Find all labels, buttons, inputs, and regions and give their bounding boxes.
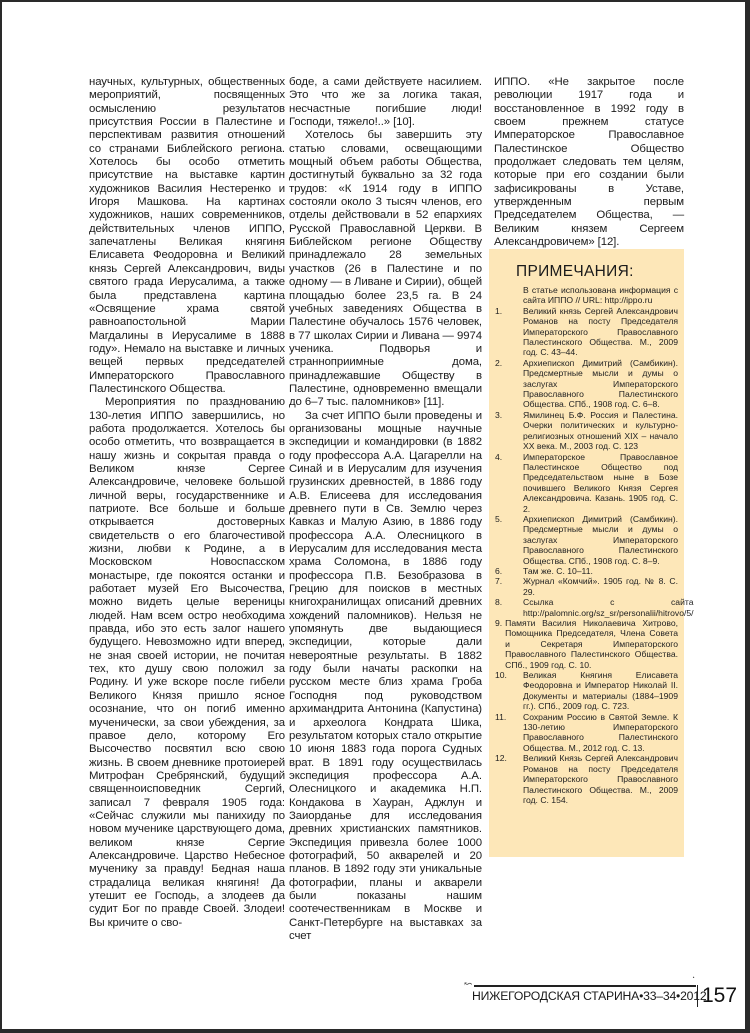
note-text[interactable]: Ссылка с сайта http://palomnic.org/sz_sr… [523,597,694,618]
note-item: 1.Великий князь Сергей Александрович Ром… [495,306,678,358]
paragraph: научных, культурных, общественных меропр… [89,76,285,396]
note-item: 9.Памяти Василия Николаевича Хитрово, По… [495,618,678,670]
note-text: Великий князь Сергей Александрович Роман… [523,306,678,358]
note-number: 10. [495,670,523,712]
paragraph: ИППО. «Не закрытое после революции 1917 … [494,76,684,249]
note-text: Архиепископ Димитрий (Самбикин). Предсме… [523,514,678,566]
note-number: 4. [495,452,523,514]
journal-name: НИЖЕГОРОДСКАЯ СТАРИНА•33–34•2012 [472,989,706,1003]
notes-intro: В статье использована информация с сайта… [523,285,678,306]
note-item: 6.Там же. С. 10–11. [495,566,678,576]
text-column-3: ИППО. «Не закрытое после революции 1917 … [494,76,684,249]
note-number: 1. [495,306,523,358]
note-item: 2.Архиепископ Димитрий (Самбикин). Предс… [495,358,678,410]
paragraph: Мероприятия по празднованию 130-летия ИП… [89,396,285,930]
note-item: 4.Императорское Православное Палестинско… [495,452,678,514]
note-number: 12. [495,753,523,805]
footer-divider [697,985,698,1007]
note-number: 9. [495,618,502,670]
note-number: 2. [495,358,523,410]
note-text: Великая Княгиня Елисавета Феодоровна и И… [523,670,678,712]
magazine-page: научных, культурных, общественных меропр… [2,2,745,1029]
note-item: 3.Ямилинец Б.Ф. Россия и Палестина. Очер… [495,410,678,452]
note-text: Ямилинец Б.Ф. Россия и Палестина. Очерки… [523,410,678,452]
note-item: 7.Журнал «Комчий». 1905 год. № 8. С. 29. [495,576,678,597]
note-item: 5.Архиепископ Димитрий (Самбикин). Предс… [495,514,678,566]
flourish-right-icon: · [692,973,695,984]
notes-list: В статье использована информация с сайта… [495,285,678,805]
note-number: 5. [495,514,523,566]
note-number: 8. [495,597,523,618]
note-text: Памяти Василия Николаевича Хитрово, Помо… [505,618,678,670]
note-number: 6. [495,566,523,576]
note-number: 7. [495,576,523,597]
note-text: Великий Князь Сергей Александрович Роман… [523,753,678,805]
note-item: 8.Ссылка с сайта http://palomnic.org/sz_… [495,597,678,618]
footer-rule [474,985,696,987]
page-footer: ↜ · НИЖЕГОРОДСКАЯ СТАРИНА•33–34•2012 157 [464,981,714,1011]
paragraph: Хотелось бы завершить эту статью словами… [289,129,482,409]
note-text: Журнал «Комчий». 1905 год. № 8. С. 29. [523,576,678,597]
paragraph: боде, а сами действуете насилием. Это чт… [289,76,482,129]
note-item: 12.Великий Князь Сергей Александрович Ро… [495,753,678,805]
note-number: 11. [495,712,523,754]
paragraph: За счет ИППО были проведены и организова… [289,410,482,944]
text-column-2: боде, а сами действуете насилием. Это чт… [289,76,482,943]
note-text: Там же. С. 10–11. [523,566,678,576]
note-item: 10.Великая Княгиня Елисавета Феодоровна … [495,670,678,712]
note-text: Сохраним Россию в Святой Земле. К 130-ле… [523,712,678,754]
page-number: 157 [702,984,737,1008]
text-column-1: научных, культурных, общественных меропр… [89,76,285,930]
note-text: Архиепископ Димитрий (Самбикин). Предсме… [523,358,678,410]
note-item: 11.Сохраним Россию в Святой Земле. К 130… [495,712,678,754]
note-number: 3. [495,410,523,452]
note-text: Императорское Православное Палестинское … [523,452,678,514]
notes-title: ПРИМЕЧАНИЯ: [516,263,634,281]
notes-box: ПРИМЕЧАНИЯ: В статье использована информ… [489,249,684,857]
